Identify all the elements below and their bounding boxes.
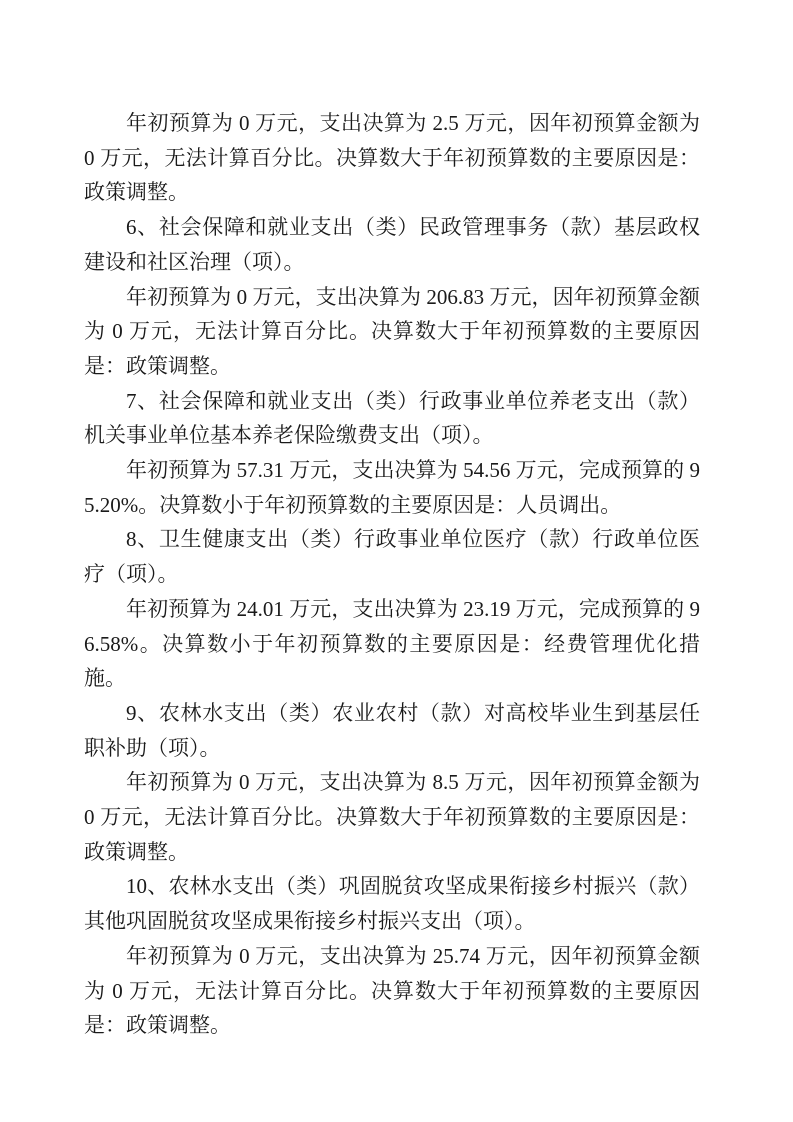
paragraph-item-6-detail: 年初预算为 0 万元，支出决算为 206.83 万元，因年初预算金额为 0 万元… <box>84 280 700 384</box>
paragraph-item-7-title: 7、社会保障和就业支出（类）行政事业单位养老支出（款）机关事业单位基本养老保险缴… <box>84 384 700 453</box>
paragraph-item-9-title: 9、农林水支出（类）农业农村（款）对高校毕业生到基层任职补助（项）。 <box>84 696 700 765</box>
paragraph-item-9-detail: 年初预算为 0 万元，支出决算为 8.5 万元，因年初预算金额为 0 万元，无法… <box>84 765 700 869</box>
paragraph-item-6-title: 6、社会保障和就业支出（类）民政管理事务（款）基层政权建设和社区治理（项）。 <box>84 210 700 279</box>
paragraph-item-8-detail: 年初预算为 24.01 万元，支出决算为 23.19 万元，完成预算的 96.5… <box>84 592 700 696</box>
paragraph-item-8-title: 8、卫生健康支出（类）行政事业单位医疗（款）行政单位医疗（项）。 <box>84 522 700 591</box>
paragraph-item-10-detail: 年初预算为 0 万元，支出决算为 25.74 万元，因年初预算金额为 0 万元，… <box>84 939 700 1043</box>
document-page: 年初预算为 0 万元，支出决算为 2.5 万元，因年初预算金额为 0 万元，无法… <box>0 0 793 1122</box>
paragraph-item-7-detail: 年初预算为 57.31 万元，支出决算为 54.56 万元，完成预算的 95.2… <box>84 453 700 522</box>
paragraph-budget-item-5-detail: 年初预算为 0 万元，支出决算为 2.5 万元，因年初预算金额为 0 万元，无法… <box>84 106 700 210</box>
paragraph-item-10-title: 10、农林水支出（类）巩固脱贫攻坚成果衔接乡村振兴（款）其他巩固脱贫攻坚成果衔接… <box>84 869 700 938</box>
document-body: 年初预算为 0 万元，支出决算为 2.5 万元，因年初预算金额为 0 万元，无法… <box>84 106 700 1043</box>
